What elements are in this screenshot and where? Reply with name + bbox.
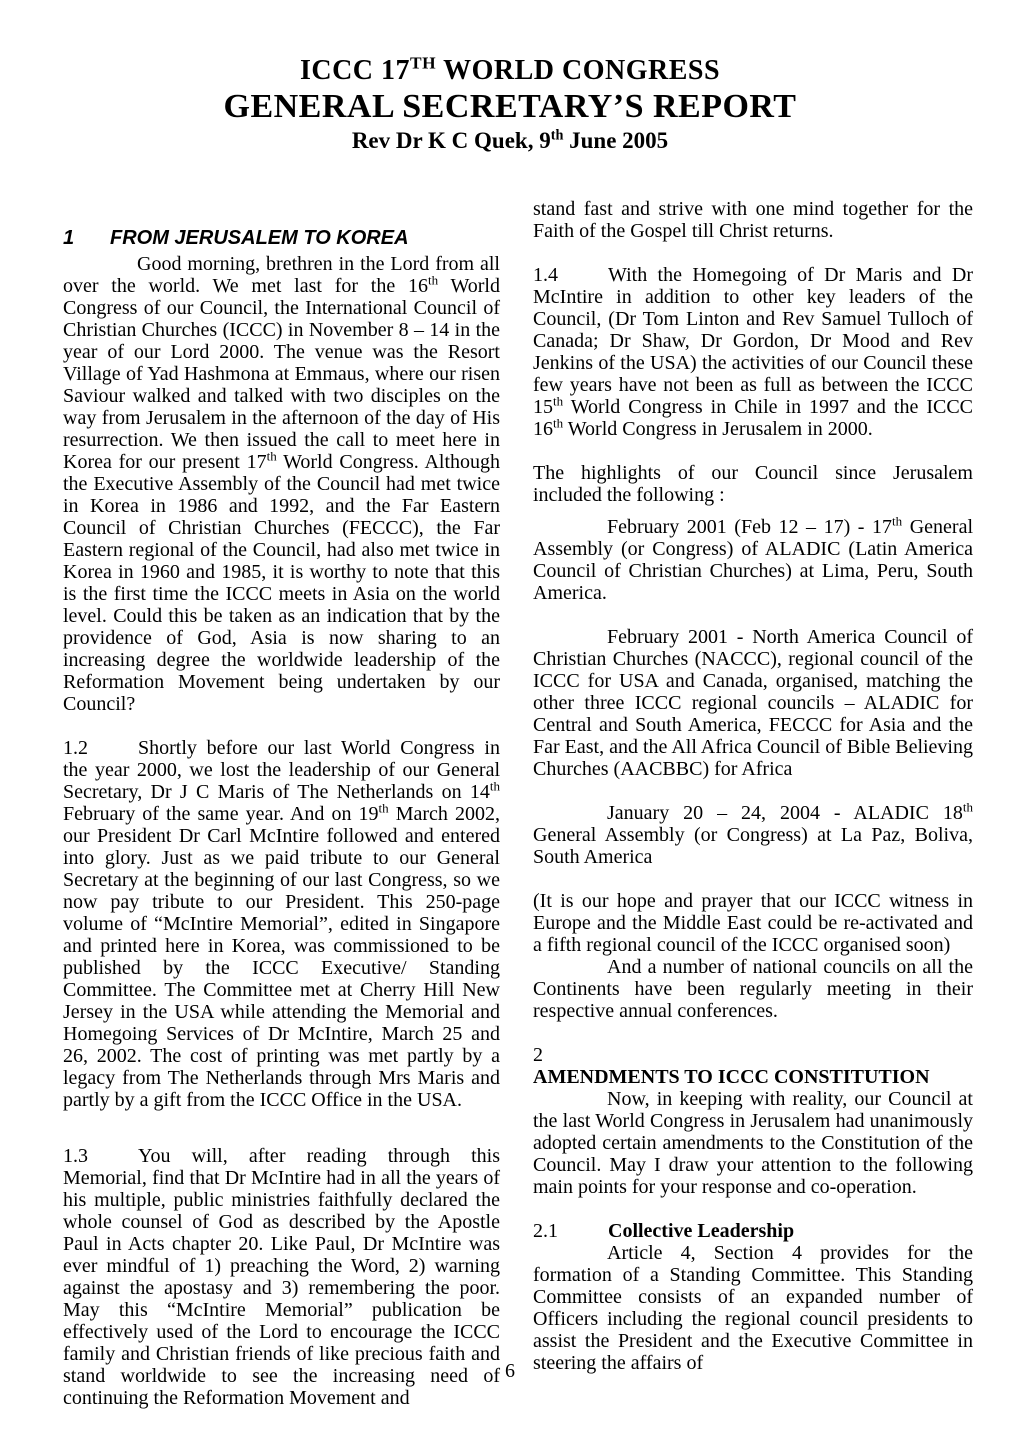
title-line-2: GENERAL SECRETARY’S REPORT <box>0 87 1020 126</box>
paragraph-2-1: Article 4, Section 4 provides for the fo… <box>533 1242 973 1374</box>
title-line-3: Rev Dr K C Quek, 9th June 2005 <box>0 126 1020 156</box>
paragraph-national-councils: And a number of national councils on all… <box>533 956 973 1022</box>
page-number: 6 <box>0 1360 1020 1382</box>
paragraph-1-4: 1.4With the Homegoing of Dr Maris and Dr… <box>533 264 973 440</box>
paragraph-1-2-number: 1.2 <box>63 737 138 759</box>
paragraph-hope: (It is our hope and prayer that our ICCC… <box>533 890 973 956</box>
paragraph-1-4-text: With the Homegoing of Dr Maris and Dr Mc… <box>533 264 973 440</box>
paragraph-1-1: Good morning, brethren in the Lord from … <box>63 253 500 715</box>
section-2-heading: 2AMENDMENTS TO ICCC CONSTITUTION <box>533 1044 973 1088</box>
right-column: stand fast and strive with one mind toge… <box>533 198 973 1409</box>
paragraph-2-intro: Now, in keeping with reality, our Counci… <box>533 1088 973 1198</box>
paragraph-highlights-intro: The highlights of our Council since Jeru… <box>533 462 973 506</box>
two-column-body: 1FROM JERUSALEM TO KOREA Good morning, b… <box>63 198 973 1409</box>
section-1-heading-text: FROM JERUSALEM TO KOREA <box>110 227 409 249</box>
left-column: 1FROM JERUSALEM TO KOREA Good morning, b… <box>63 198 500 1409</box>
event-jan-2004-aladic: January 20 – 24, 2004 - ALADIC 18th Gene… <box>533 802 973 868</box>
document-page: ICCC 17TH WORLD CONGRESS GENERAL SECRETA… <box>0 0 1020 156</box>
section-2-1-number: 2.1 <box>533 1220 608 1242</box>
event-feb-2001-aladic: February 2001 (Feb 12 – 17) - 17th Gener… <box>533 516 973 604</box>
paragraph-continuation: stand fast and strive with one mind toge… <box>533 198 973 242</box>
paragraph-1-3-number: 1.3 <box>63 1145 138 1167</box>
section-1-heading: 1FROM JERUSALEM TO KOREA <box>63 226 500 250</box>
section-2-number: 2 <box>533 1044 608 1066</box>
section-1-number: 1 <box>63 226 110 250</box>
section-2-1-heading-text: Collective Leadership <box>608 1220 794 1242</box>
section-2-1-heading: 2.1Collective Leadership <box>533 1220 973 1242</box>
section-2-heading-text: AMENDMENTS TO ICCC CONSTITUTION <box>533 1066 930 1088</box>
paragraph-1-2: 1.2Shortly before our last World Congres… <box>63 737 500 1111</box>
paragraph-1-2-text: Shortly before our last World Congress i… <box>63 737 500 1111</box>
event-feb-2001-naccc: February 2001 - North America Council of… <box>533 626 973 780</box>
document-header: ICCC 17TH WORLD CONGRESS GENERAL SECRETA… <box>0 0 1020 156</box>
paragraph-1-4-number: 1.4 <box>533 264 608 286</box>
title-line-1: ICCC 17TH WORLD CONGRESS <box>0 54 1020 87</box>
